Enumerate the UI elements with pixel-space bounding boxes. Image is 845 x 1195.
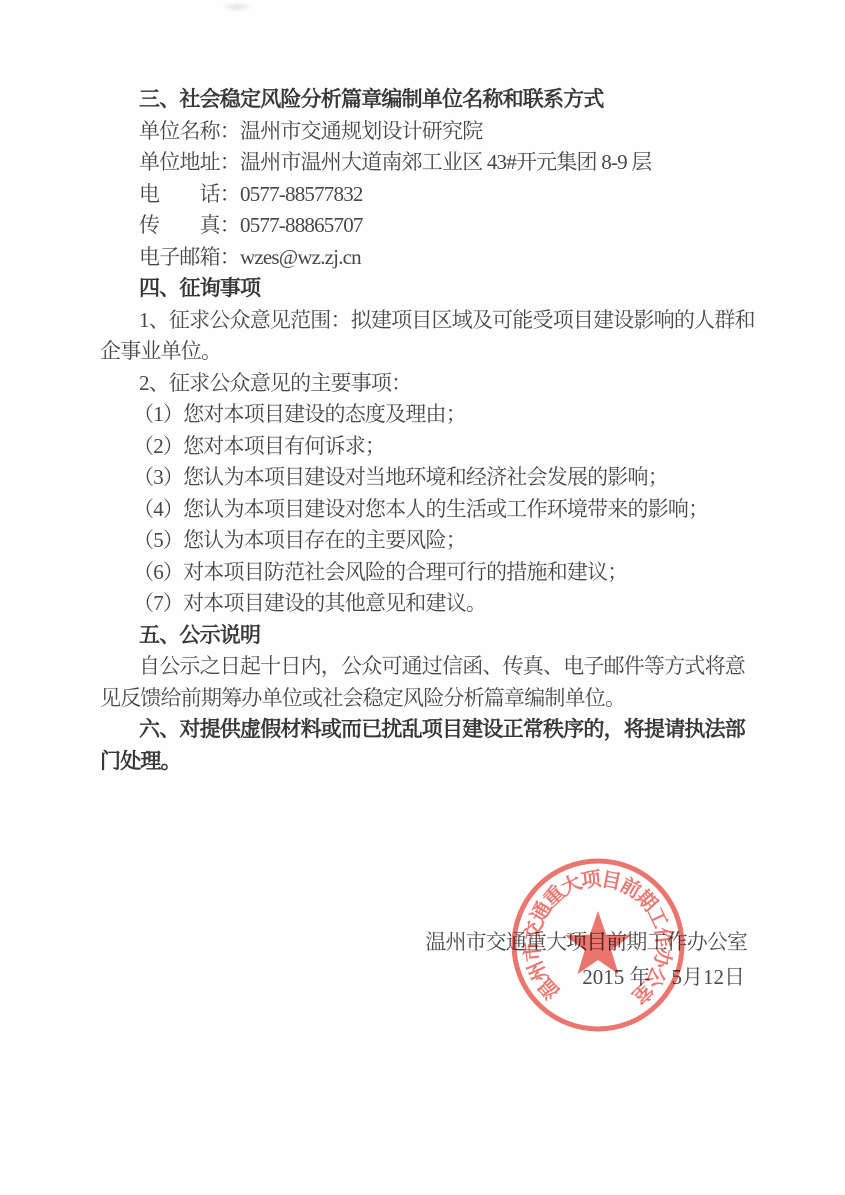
item-2-line: （2）您对本项目有何诉求； [100, 431, 760, 463]
section-heading-three: 三、社会稳定风险分析篇章编制单位名称和联系方式 [100, 84, 760, 116]
star-icon [565, 911, 632, 974]
scan-artifact [222, 2, 252, 12]
main-items-intro-line: 2、征求公众意见的主要事项： [100, 368, 760, 400]
notice-paragraph-line-2: 见反馈给前期筹办单位或社会稳定风险分析篇章编制单位。 [100, 683, 760, 715]
item-5-line: （5）您认为本项目存在的主要风险； [100, 525, 760, 557]
unit-address-line: 单位地址：温州市温州大道南郊工业区 43#开元集团 8-9 层 [100, 147, 760, 179]
fax-line: 传 真：0577-88865707 [100, 210, 760, 242]
item-7-line: （7）对本项目建设的其他意见和建议。 [100, 588, 760, 620]
item-6-line: （6）对本项目防范社会风险的合理可行的措施和建议； [100, 557, 760, 589]
section-six-line-2: 门处理。 [100, 746, 760, 778]
email-line: 电子邮箱：wzes@wz.zj.cn [100, 242, 760, 274]
document-body: 三、社会稳定风险分析篇章编制单位名称和联系方式 单位名称：温州市交通规划设计研究… [100, 84, 760, 777]
item-1-line: （1）您对本项目建设的态度及理由； [100, 399, 760, 431]
scope-paragraph-line-1: 1、征求公众意见范围：拟建项目区域及可能受项目建设影响的人群和 [100, 305, 760, 337]
notice-paragraph-line-1: 自公示之日起十日内，公众可通过信函、传真、电子邮件等方式将意 [100, 651, 760, 683]
section-heading-four: 四、征询事项 [100, 273, 760, 305]
official-seal: 温州市交通重大项目前期工作办公室 [506, 853, 690, 1037]
item-3-line: （3）您认为本项目建设对当地环境和经济社会发展的影响； [100, 462, 760, 494]
document-page: 三、社会稳定风险分析篇章编制单位名称和联系方式 单位名称：温州市交通规划设计研究… [0, 0, 845, 1195]
item-4-line: （4）您认为本项目建设对您本人的生活或工作环境带来的影响； [100, 494, 760, 526]
unit-name-line: 单位名称：温州市交通规划设计研究院 [100, 116, 760, 148]
phone-line: 电 话：0577-88577832 [100, 179, 760, 211]
section-heading-five: 五、公示说明 [100, 620, 760, 652]
section-six-line-1: 六、对提供虚假材料或而已扰乱项目建设正常秩序的，将提请执法部 [100, 714, 760, 746]
scope-paragraph-line-2: 企事业单位。 [100, 336, 760, 368]
